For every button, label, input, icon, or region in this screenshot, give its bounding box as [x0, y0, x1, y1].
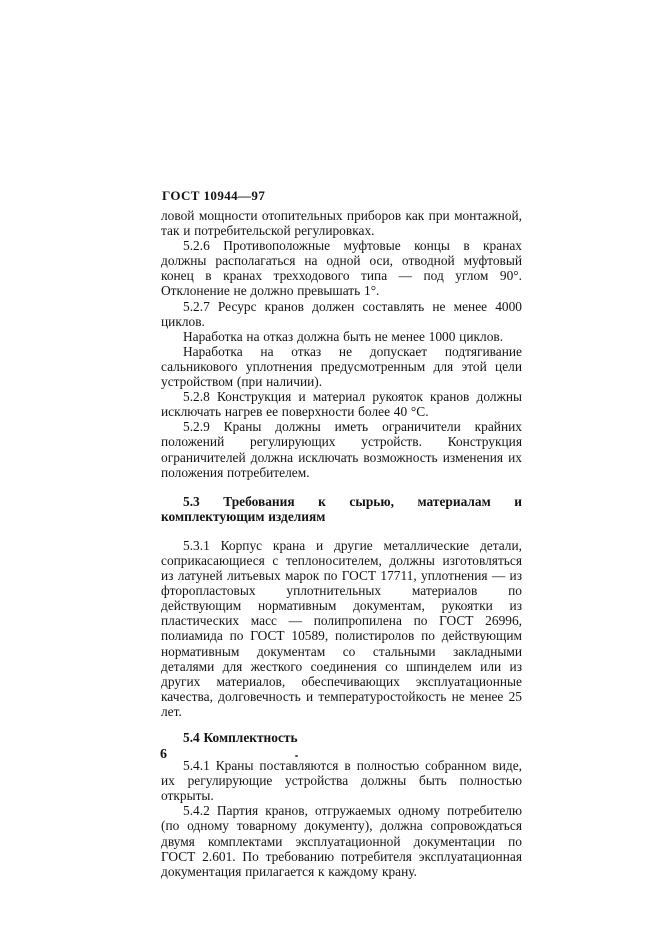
page-content: ловой мощности отопительных приборов как… [161, 208, 522, 879]
clause-5-2-7-note-1: Наработка на отказ должна быть не менее … [161, 329, 522, 344]
clause-5-3-1: 5.3.1 Корпус крана и другие металлически… [161, 538, 522, 719]
clause-5-2-8: 5.2.8 Конструкция и материал рукояток кр… [161, 389, 522, 419]
section-heading-5-4: 5.4 Комплектность [161, 730, 522, 745]
clause-5-2-7-note-2: Наработка на отказ не допускает подтягив… [161, 344, 522, 389]
document-page: ГОСТ 10944—97 ловой мощности отопительны… [0, 0, 661, 935]
paragraph-continuation: ловой мощности отопительных приборов как… [161, 208, 522, 238]
section-heading-5-3: 5.3 Требования к сырью, материалам и ком… [161, 494, 522, 524]
clause-5-4-2: 5.4.2 Партия кранов, отгружаемых одному … [161, 803, 522, 878]
clause-5-4-1: 5.4.1 Краны поставляются в полностью соб… [161, 758, 522, 803]
clause-5-2-6: 5.2.6 Противоположные муфтовые концы в к… [161, 238, 522, 298]
scan-speck [295, 755, 298, 757]
page-number: 6 [160, 747, 167, 763]
running-header: ГОСТ 10944—97 [162, 188, 265, 204]
clause-5-2-7: 5.2.7 Ресурс кранов должен составлять не… [161, 299, 522, 329]
clause-5-2-9: 5.2.9 Краны должны иметь ограничители кр… [161, 419, 522, 479]
